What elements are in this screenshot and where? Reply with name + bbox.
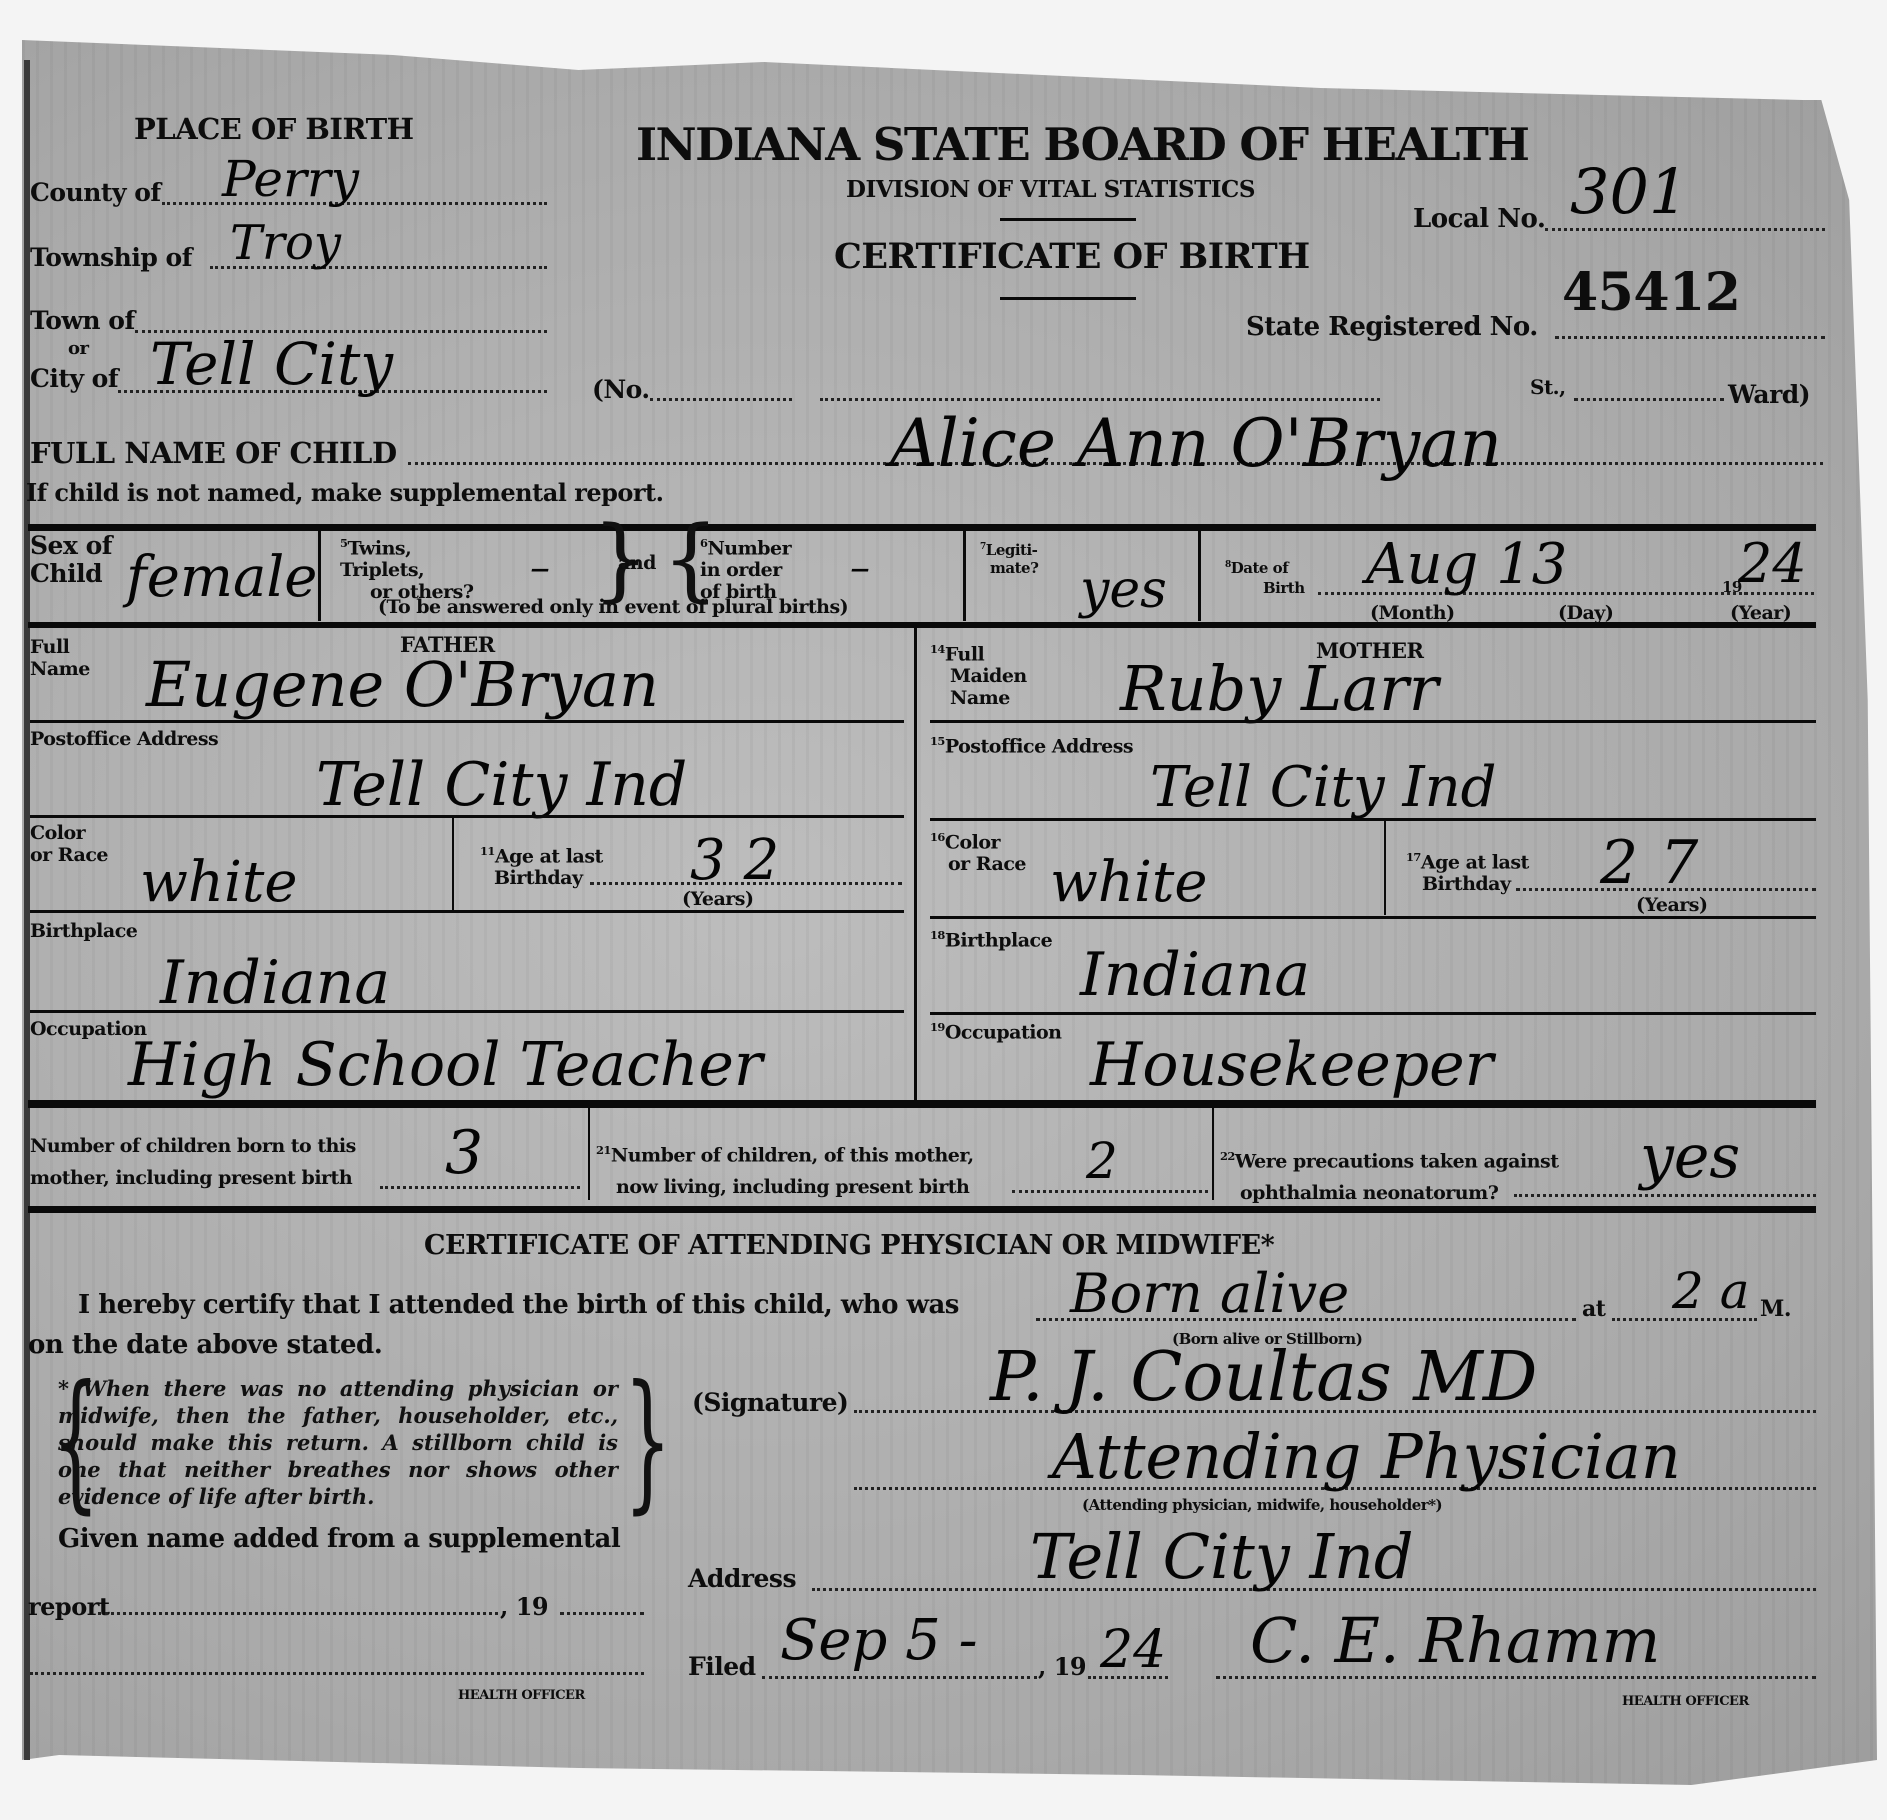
children-living-value: 2 — [1086, 1132, 1118, 1190]
date-of-birth-label: 8Date of Birth — [1225, 555, 1305, 598]
township-value: Troy — [230, 215, 341, 271]
legitimate-label: 7Legiti- mate? — [980, 538, 1038, 577]
mother-birthplace-value: Indiana — [1080, 940, 1310, 1010]
father-occupation-value: High School Teacher — [128, 1030, 763, 1100]
physician-heading: CERTIFICATE OF ATTENDING PHYSICIAN OR MI… — [424, 1230, 1274, 1261]
mother-address-value: Tell City Ind — [1150, 755, 1497, 820]
street-no-label: (No. — [592, 375, 650, 404]
father-age-value: 32 — [690, 828, 797, 893]
physician-signature: P. J. Coultas MD — [990, 1338, 1537, 1417]
supplemental-label: Given name added from a supplemental — [58, 1524, 620, 1554]
and-label: and — [618, 552, 656, 574]
children-born-label: Number of children born to this mother, … — [30, 1130, 356, 1194]
dob-year-caption: (Year) — [1730, 602, 1791, 624]
mother-race-value: white — [1050, 850, 1208, 915]
father-birthplace-value: Indiana — [160, 948, 390, 1018]
born-status-value: Born alive — [1070, 1262, 1349, 1325]
children-born-value: 3 — [445, 1118, 483, 1188]
father-age-label: 11Age at last Birthday — [480, 840, 603, 889]
date-of-birth-year: 24 — [1738, 532, 1807, 595]
health-officer-signature: C. E. Rhamm — [1250, 1604, 1660, 1677]
filed-year-value: 24 — [1100, 1620, 1166, 1680]
health-officer-right-label: HEALTH OFFICER — [1622, 1694, 1749, 1709]
certificate-title: CERTIFICATE OF BIRTH — [834, 236, 1310, 277]
or-label: or — [68, 338, 89, 359]
city-label: City of — [30, 364, 118, 393]
filed-label: Filed — [688, 1652, 756, 1681]
father-age-caption: (Years) — [682, 888, 754, 910]
birth-time-value: 2 a — [1672, 1262, 1750, 1320]
father-birthplace-label: Birthplace — [30, 920, 137, 942]
m-label: M. — [1760, 1296, 1791, 1322]
mother-name-value: Ruby Larr — [1120, 652, 1438, 725]
full-name-label: FULL NAME OF CHILD — [30, 436, 397, 470]
city-value: Tell City — [150, 330, 393, 398]
precautions-value: yes — [1640, 1122, 1740, 1192]
certify-text: I hereby certify that I attended the bir… — [78, 1290, 959, 1320]
section-rule-1 — [28, 524, 1816, 531]
county-value: Perry — [222, 150, 359, 208]
father-race-label: Color or Race — [30, 822, 108, 866]
mother-name-label: 14Full Maiden Name — [930, 638, 1027, 709]
mother-race-label: 16Color or Race — [930, 826, 1026, 875]
address-label: Address — [688, 1564, 796, 1593]
father-name-value: Eugene O'Bryan — [146, 648, 659, 721]
date-of-birth-month-day: Aug 13 — [1366, 532, 1567, 597]
sex-value: female — [126, 545, 317, 610]
state-registered-value: 45412 — [1562, 262, 1740, 323]
not-named-note: If child is not named, make supplemental… — [26, 478, 664, 507]
physician-address-value: Tell City Ind — [1030, 1520, 1414, 1593]
section-rule-3 — [28, 1100, 1816, 1108]
dob-month-caption: (Month) — [1370, 602, 1455, 624]
father-address-label: Postoffice Address — [30, 728, 218, 750]
mother-age-value: 27 — [1600, 828, 1720, 898]
township-label: Township of — [30, 243, 192, 272]
signature-label: (Signature) — [692, 1388, 848, 1417]
father-address-value: Tell City Ind — [316, 750, 687, 820]
mother-occupation-label: 19Occupation — [930, 1020, 1061, 1043]
agency-title: INDIANA STATE BOARD OF HEALTH — [636, 118, 1528, 171]
children-living-label: 21Number of children, of this mother, no… — [596, 1134, 974, 1203]
legitimate-value: yes — [1080, 560, 1167, 620]
physician-title: Attending Physician — [1052, 1420, 1681, 1493]
parents-divider — [914, 628, 917, 1102]
mother-age-label: 17Age at last Birthday — [1406, 846, 1529, 895]
plural-note: (To be answered only in event of plural … — [378, 596, 848, 618]
father-name-label: Full Name — [30, 636, 90, 680]
dob-day-caption: (Day) — [1558, 602, 1613, 624]
order-label: 6Number in order of birth — [700, 532, 791, 603]
place-of-birth-heading: PLACE OF BIRTH — [134, 112, 414, 146]
title-rule-bottom — [1000, 297, 1136, 300]
town-label: Town of — [30, 306, 135, 335]
local-no-value: 301 — [1570, 155, 1688, 228]
footnote-text: * When there was no attending physician … — [58, 1375, 618, 1510]
mother-occupation-value: Housekeeper — [1090, 1030, 1493, 1100]
local-no-label: Local No. — [1413, 204, 1545, 234]
at-label: at — [1582, 1296, 1605, 1322]
filed-century-label: , 19 — [1038, 1652, 1086, 1681]
mother-age-caption: (Years) — [1636, 894, 1708, 916]
street-label: St., — [1530, 375, 1566, 399]
order-value: – — [850, 545, 870, 591]
title-rule-top — [1000, 218, 1136, 221]
footnote-brace-right: } — [624, 1366, 672, 1516]
section-rule-4 — [28, 1206, 1816, 1213]
twins-value: – — [530, 545, 550, 591]
sex-label: Sex of Child — [30, 532, 112, 588]
section-rule-2 — [28, 622, 1816, 628]
signer-type-caption: (Attending physician, midwife, household… — [1082, 1496, 1442, 1514]
supplemental-report-label: report — [28, 1592, 109, 1621]
division-subtitle: DIVISION OF VITAL STATISTICS — [846, 176, 1255, 203]
filed-date-value: Sep 5 - — [780, 1608, 978, 1673]
state-registered-label: State Registered No. — [1246, 312, 1538, 342]
precautions-label: 22Were precautions taken against ophthal… — [1220, 1140, 1559, 1209]
father-race-value: white — [140, 850, 298, 915]
county-label: County of — [30, 178, 161, 207]
child-full-name-value: Alice Ann O'Bryan — [890, 405, 1502, 482]
supplemental-year-label: , 19 — [500, 1592, 548, 1621]
mother-birthplace-label: 18Birthplace — [930, 928, 1052, 951]
twins-label: 5Twins, Triplets, or others? — [340, 532, 474, 603]
health-officer-left-label: HEALTH OFFICER — [458, 1688, 585, 1703]
mother-address-label: 15Postoffice Address — [930, 734, 1133, 757]
ward-label: Ward) — [1728, 380, 1810, 409]
